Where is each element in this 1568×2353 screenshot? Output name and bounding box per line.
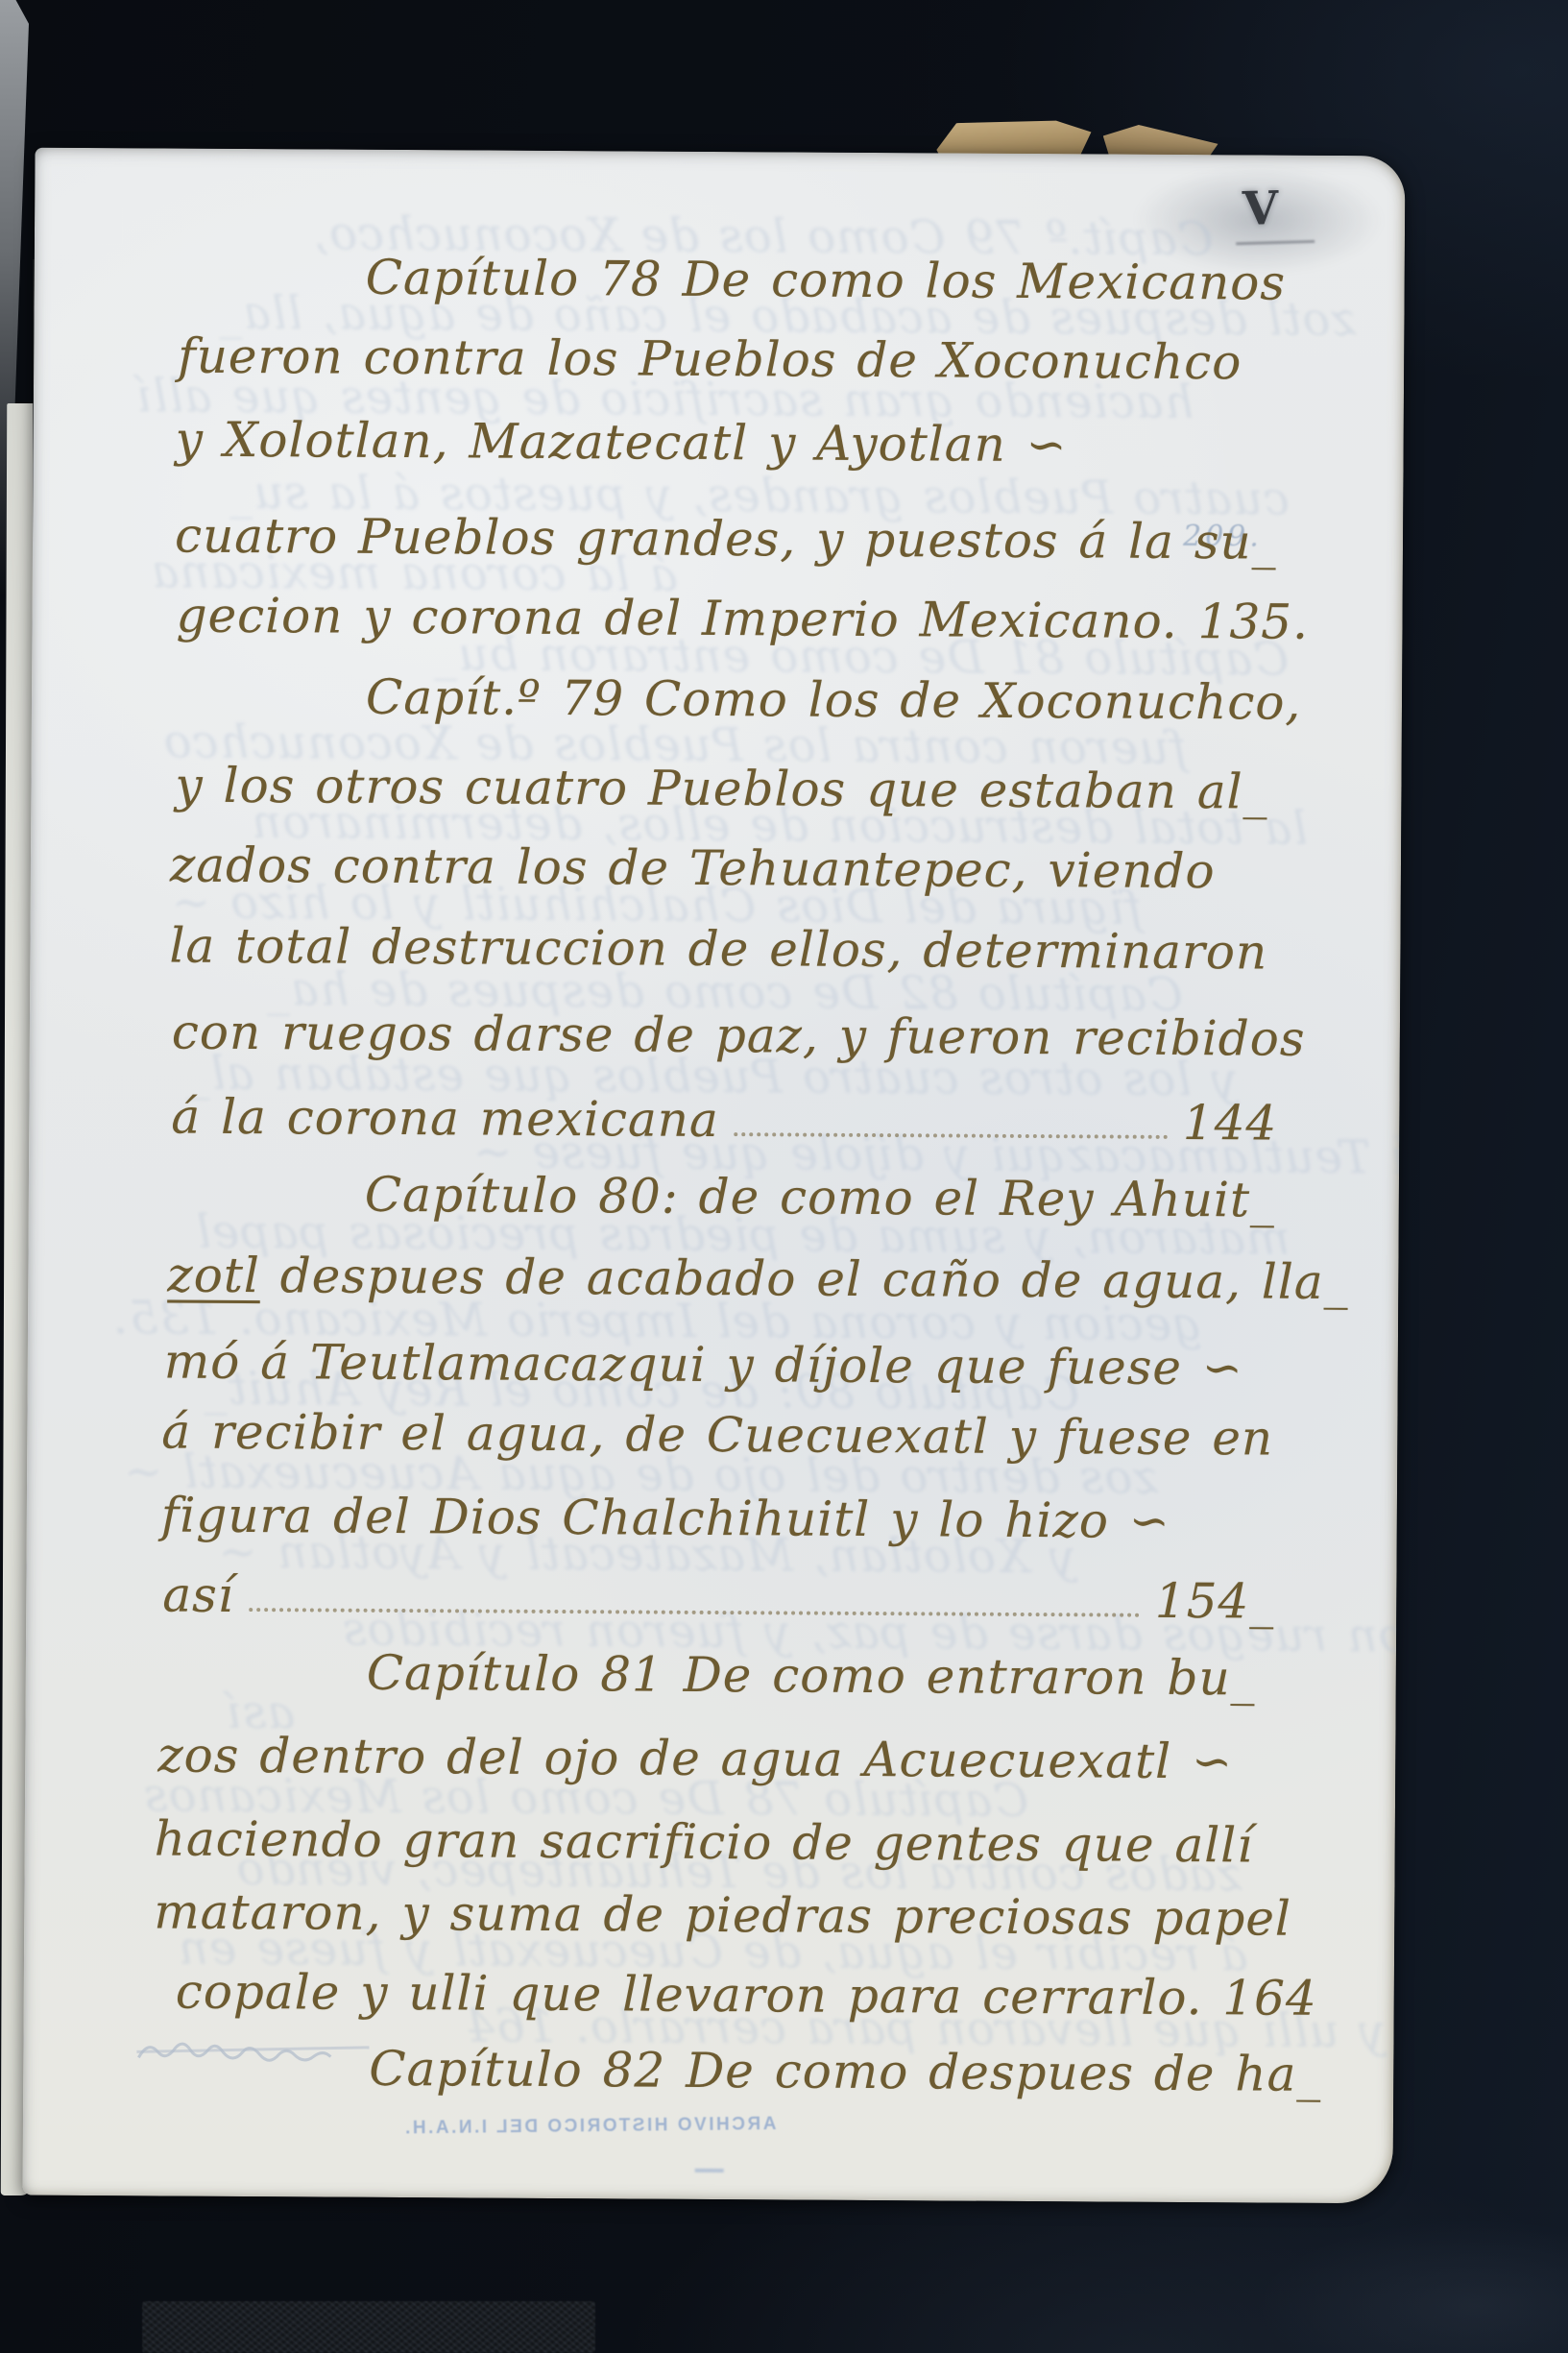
line-text: así (162, 1567, 234, 1623)
line-text: Capítulo 80: de como el Rey Ahuit_ (365, 1167, 1276, 1228)
line-text: y los otros cuatro Pueblos que estaban a… (175, 758, 1268, 820)
manuscript-line: mó á Teutlamacazqui y díjole que fuese ∽ (164, 1334, 1243, 1396)
line-text: á la corona mexicana (171, 1089, 719, 1148)
manuscript-line: copale y ulli que llevaron para cerrarlo… (176, 1964, 1317, 2026)
chapter-heading-line: Capítulo 82 De como despues de ha_ (369, 2041, 1321, 2102)
manuscript-line: cuatro Pueblos grandes, y puestos á la s… (175, 508, 1277, 570)
line-text: zotl despues de acabado el caño de agua,… (167, 1248, 1349, 1311)
chapter-heading-line: Capít.º 79 Como los de Xoconuchco, (366, 669, 1302, 731)
line-text: zos dentro del ojo de agua Acuecuexatl ∽ (157, 1727, 1233, 1789)
chapter-heading-line: Capítulo 78 De como los Mexicanos (366, 250, 1287, 311)
manuscript-line: zados contra los de Tehuantepec, viendo (170, 837, 1216, 900)
line-text: Capít.º 79 Como los de Xoconuchco, (366, 669, 1302, 731)
line-text: haciendo gran sacrificio de gentes que a… (155, 1810, 1254, 1873)
line-text: con ruegos darse de paz, y fueron recibi… (172, 1005, 1306, 1067)
manuscript-line: la total destruccion de ellos, determina… (169, 918, 1267, 981)
line-text: Capítulo 78 De como los Mexicanos (366, 250, 1287, 311)
line-text: á recibir el agua, de Cuecuexatl y fuese… (161, 1403, 1273, 1466)
archive-stamp-bleedthrough: ARCHIVO HISTORICO DEL I.N.A.H. (396, 2114, 784, 2140)
archive-stamp-dash (695, 2169, 724, 2172)
underlined-word: zotl (167, 1248, 260, 1304)
line-text: mataron, y suma de piedras preciosas pap… (154, 1883, 1291, 1946)
manuscript-line: y Xolotlan, Mazatecatl y Ayotlan ∽ (175, 412, 1067, 473)
line-text: gecion y corona del Imperio Mexicano. 13… (176, 588, 1309, 650)
marginal-scribble (134, 2028, 374, 2076)
table-of-contents-text: Capít.º 79 Como los de Xoconuchco,Capítu… (23, 148, 1406, 2204)
chapter-page-number: 144 (1183, 1095, 1278, 1152)
line-text: copale y ulli que llevaron para cerrarlo… (176, 1964, 1317, 2026)
manuscript-line: zos dentro del ojo de agua Acuecuexatl ∽ (157, 1727, 1233, 1789)
chapter-heading-line: Capítulo 81 De como entraron bu_ (367, 1645, 1256, 1707)
manuscript-line: zotl despues de acabado el caño de agua,… (167, 1248, 1349, 1311)
line-text: la total destruccion de ellos, determina… (169, 918, 1267, 981)
manuscript-line: con ruegos darse de paz, y fueron recibi… (172, 1005, 1306, 1067)
line-text: zados contra los de Tehuantepec, viendo (170, 837, 1216, 900)
line-text: figura del Dios Chalchihuitl y lo hizo ∽ (161, 1487, 1170, 1548)
leader-dots (250, 1608, 1140, 1617)
manuscript-line: haciendo gran sacrificio de gentes que a… (155, 1810, 1254, 1873)
manuscript-line: y los otros cuatro Pueblos que estaban a… (175, 758, 1268, 820)
line-text: cuatro Pueblos grandes, y puestos á la s… (175, 508, 1277, 570)
line-text: Capítulo 82 De como despues de ha_ (369, 2041, 1321, 2102)
line-text: y Xolotlan, Mazatecatl y Ayotlan ∽ (175, 412, 1067, 473)
manuscript-line: figura del Dios Chalchihuitl y lo hizo ∽ (161, 1487, 1170, 1548)
line-text: Capítulo 81 De como entraron bu_ (367, 1645, 1256, 1707)
line-text: mó á Teutlamacazqui y díjole que fuese ∽ (164, 1334, 1243, 1396)
chapter-page-number: 154_ (1155, 1573, 1275, 1630)
chapter-heading-line: Capítulo 80: de como el Rey Ahuit_ (365, 1167, 1276, 1228)
line-text: fueron contra los Pueblos de Xoconuchco (178, 328, 1242, 391)
manuscript-page: V 209. Capít.º 79 Como los de Xoconuchco… (23, 148, 1406, 2204)
manuscript-line: mataron, y suma de piedras preciosas pap… (154, 1883, 1291, 1946)
manuscript-line: así154_ (162, 1567, 1274, 1630)
manuscript-line: á recibir el agua, de Cuecuexatl y fuese… (161, 1403, 1273, 1466)
manuscript-line: fueron contra los Pueblos de Xoconuchco (178, 328, 1242, 391)
leader-dots (735, 1132, 1168, 1139)
manuscript-line: á la corona mexicana144 (171, 1089, 1277, 1152)
dark-texture-strip (142, 2301, 595, 2353)
manuscript-line: gecion y corona del Imperio Mexicano. 13… (176, 588, 1309, 650)
